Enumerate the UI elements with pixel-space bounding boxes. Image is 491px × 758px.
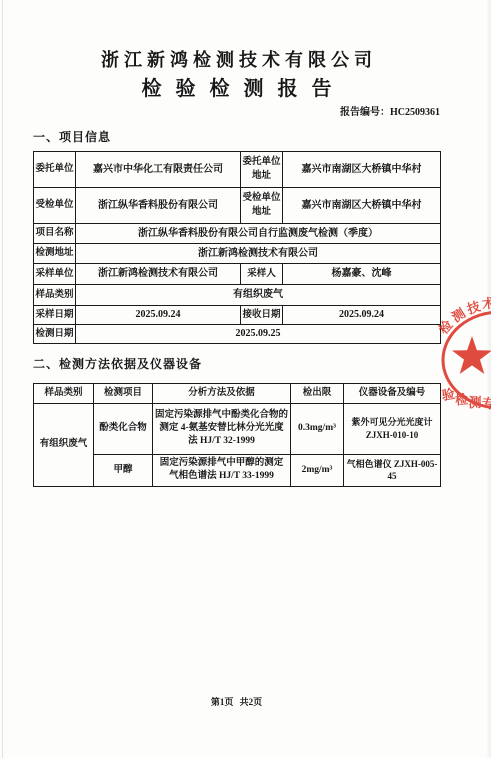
column-header-limit: 检出限 [291,383,344,403]
test-address-label-cell: 检测地址 [34,244,76,264]
method-cell: 固定污染源排气中甲醇的测定 气相色谱法 HJ/T 33-1999 [153,454,291,486]
scan-edge-left [2,0,3,758]
client-value-cell: 嘉兴市中华化工有限责任公司 [76,152,241,188]
client-address-value-cell: 嘉兴市南湖区大桥镇中华村 [283,152,441,188]
report-title: 检验检测报告 [33,77,440,101]
item-cell: 酚类化合物 [94,403,153,454]
section-heading-methods: 二、检测方法依据及仪器设备 [33,357,440,373]
receive-date-value-cell: 2025.09.24 [283,306,441,325]
sampler-value-cell: 杨嘉豪、沈峰 [283,264,441,285]
table-row: 项目名称 浙江纵华香料股份有限公司自行监测废气检测（季度） [34,224,441,244]
stamp-bottom-arc-text: 验检测专 [441,386,491,411]
inspected-label-cell: 受检单位 [34,188,76,224]
table-row: 检测日期 2025.09.25 [34,325,441,344]
column-header-instrument: 仪器设备及编号 [344,383,441,403]
inspected-address-value-cell: 嘉兴市南湖区大桥镇中华村 [283,188,441,224]
section-heading-project-info: 一、项目信息 [33,130,440,146]
inspected-address-label-cell: 受检单位地址 [241,188,283,224]
instrument-cell: 紫外可见分光光度计 ZJXH-010-10 [344,403,441,454]
report-number-line: 报告编号：HC2509361 [33,106,440,119]
sampling-unit-label-cell: 采样单位 [34,264,76,285]
column-header-method: 分析方法及依据 [153,383,291,403]
limit-cell: 0.3mg/m³ [291,403,344,454]
methods-table: 样品类别 检测项目 分析方法及依据 检出限 仪器设备及编号 有组织废气 酚类化合… [33,383,441,487]
receive-date-label-cell: 接收日期 [241,306,283,325]
page-number: 第1页 共2页 [33,695,440,708]
table-row: 甲醇 固定污染源排气中甲醇的测定 气相色谱法 HJ/T 33-1999 2mg/… [34,454,441,486]
test-date-label-cell: 检测日期 [34,325,76,344]
stamp-star-icon [452,336,491,374]
table-row: 有组织废气 酚类化合物 固定污染源排气中酚类化合物的测定 4-氨基安替比林分光光… [34,403,441,454]
table-row: 受检单位 浙江纵华香料股份有限公司 受检单位地址 嘉兴市南湖区大桥镇中华村 [34,188,441,224]
method-cell: 固定污染源排气中酚类化合物的测定 4-氨基安替比林分光光度法 HJ/T 32-1… [153,403,291,454]
table-row: 采样日期 2025.09.24 接收日期 2025.09.24 [34,306,441,325]
table-header-row: 样品类别 检测项目 分析方法及依据 检出限 仪器设备及编号 [34,383,441,403]
column-header-sample-type: 样品类别 [34,383,94,403]
column-header-item: 检测项目 [94,383,153,403]
svg-text:术: 术 [480,295,491,311]
svg-text:测: 测 [468,395,481,410]
svg-text:检: 检 [454,391,469,407]
sampling-unit-value-cell: 浙江新鸿检测技术有限公司 [76,264,241,285]
svg-text:专: 专 [481,396,491,412]
test-address-value-cell: 浙江新鸿检测技术有限公司 [76,244,441,264]
project-name-label-cell: 项目名称 [34,224,76,244]
table-row: 委托单位 嘉兴市中华化工有限责任公司 委托单位地址 嘉兴市南湖区大桥镇中华村 [34,152,441,188]
table-row: 样品类别 有组织废气 [34,285,441,306]
client-address-label-cell: 委托单位地址 [241,152,283,188]
table-row: 检测地址 浙江新鸿检测技术有限公司 [34,244,441,264]
inspected-value-cell: 浙江纵华香料股份有限公司 [76,188,241,224]
company-name-title: 浙江新鸿检测技术有限公司 [33,50,440,72]
report-number-label: 报告编号： [340,107,390,118]
instrument-cell: 气相色谱仪 ZJXH-005-45 [344,454,441,486]
limit-cell: 2mg/m³ [291,454,344,486]
client-label-cell: 委托单位 [34,152,76,188]
item-cell: 甲醇 [94,454,153,486]
sample-type-label-cell: 样品类别 [34,285,76,306]
report-number-value: HC2509361 [390,107,440,118]
table-row: 采样单位 浙江新鸿检测技术有限公司 采样人 杨嘉豪、沈峰 [34,264,441,285]
project-info-table: 委托单位 嘉兴市中华化工有限责任公司 委托单位地址 嘉兴市南湖区大桥镇中华村 受… [33,151,441,344]
report-content: 浙江新鸿检测技术有限公司 检验检测报告 报告编号：HC2509361 一、项目信… [33,50,440,487]
sample-type-cell: 有组织废气 [34,403,94,486]
sampling-date-label-cell: 采样日期 [34,306,76,325]
test-date-value-cell: 2025.09.25 [76,325,441,344]
svg-text:验: 验 [441,386,456,403]
company-stamp: 检测技术 验检测专 [428,288,491,438]
project-name-value-cell: 浙江纵华香料股份有限公司自行监测废气检测（季度） [76,224,441,244]
stamp-top-arc-text: 检测技术 [436,295,491,336]
sampler-label-cell: 采样人 [241,264,283,285]
report-page: 浙江新鸿检测技术有限公司 检验检测报告 报告编号：HC2509361 一、项目信… [0,0,491,758]
sampling-date-value-cell: 2025.09.24 [76,306,241,325]
sample-type-value-cell: 有组织废气 [76,285,441,306]
